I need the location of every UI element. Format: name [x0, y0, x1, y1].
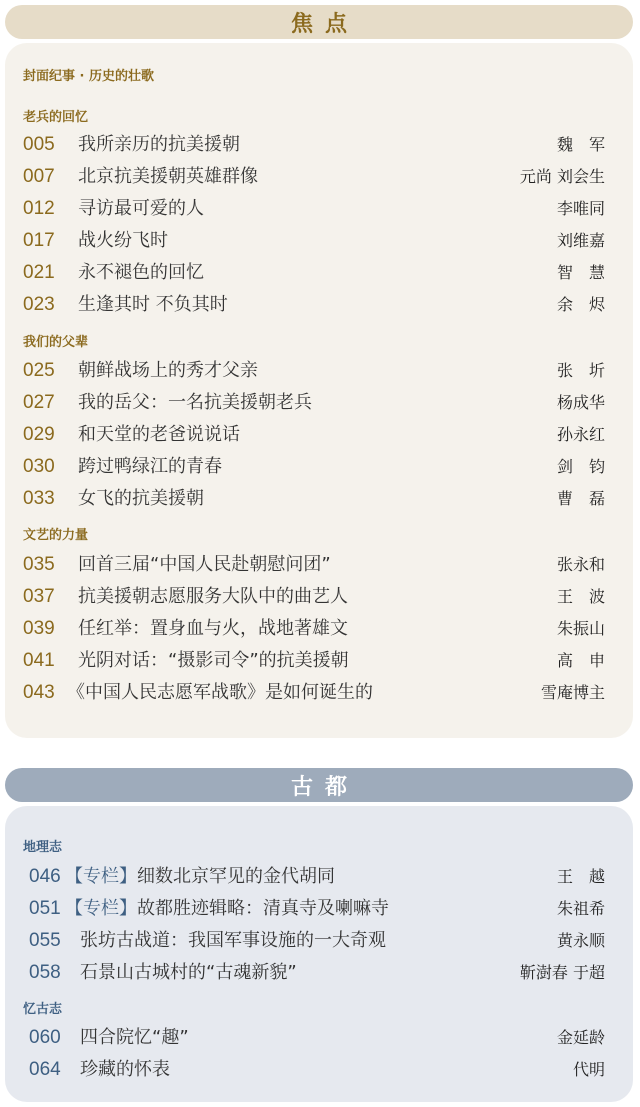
- toc-entry[interactable]: 021 永不褪色的回忆 智 慧: [5, 259, 633, 287]
- article-title: 跨过鸭绿江的青春: [78, 453, 222, 481]
- article-title: 我所亲历的抗美援朝: [78, 131, 240, 159]
- article-title: 光阴对话：“摄影司令”的抗美援朝: [78, 647, 349, 675]
- toc-entry[interactable]: 055 张坊古战道：我国军事设施的一大奇观 黄永顺: [5, 927, 633, 955]
- article-author: 靳澍春 于超: [520, 959, 605, 987]
- page-number: 023: [23, 291, 55, 319]
- page-number: 051: [29, 895, 61, 923]
- toc-entry[interactable]: 027 我的岳父：一名抗美援朝老兵 杨成华: [5, 389, 633, 417]
- article-title: 《中国人民志愿军战歌》是如何诞生的: [67, 679, 373, 707]
- article-author: 高 申: [557, 647, 605, 675]
- page-number: 033: [23, 485, 55, 513]
- article-author: 杨成华: [557, 389, 605, 417]
- page-number: 017: [23, 227, 55, 255]
- page-number: 027: [23, 389, 55, 417]
- article-author: 张永和: [557, 551, 605, 579]
- article-author: 余 烬: [557, 291, 605, 319]
- article-title: 细数北京罕见的金代胡同: [137, 866, 335, 887]
- column-tag: 【专栏】: [65, 898, 137, 919]
- toc-entry[interactable]: 035 回首三届“中国人民赴朝慰问团” 张永和: [5, 551, 633, 579]
- toc-entry[interactable]: 012 寻访最可爱的人 李唯同: [5, 195, 633, 223]
- toc-entry[interactable]: 039 任红举：置身血与火，战地著雄文 朱振山: [5, 615, 633, 643]
- cover-story-label: 封面纪事 · 历史的壮歌: [23, 65, 154, 84]
- article-title: 永不褪色的回忆: [78, 259, 204, 287]
- article-author: 孙永红: [557, 421, 605, 449]
- page-number: 012: [23, 195, 55, 223]
- article-author: 金延龄: [557, 1024, 605, 1052]
- article-title: 四合院忆“趣”: [80, 1024, 189, 1052]
- article-author: 张 圻: [557, 357, 605, 385]
- section-header-gudu: 古都: [5, 768, 633, 802]
- article-title: 北京抗美援朝英雄群像: [78, 163, 258, 191]
- toc-entry[interactable]: 046 【专栏】细数北京罕见的金代胡同 王 越: [5, 863, 633, 891]
- page-number: 060: [29, 1024, 61, 1052]
- article-title: 珍藏的怀表: [80, 1056, 170, 1084]
- page-number: 025: [23, 357, 55, 385]
- focus-panel: 封面纪事 · 历史的壮歌 老兵的回忆 005 我所亲历的抗美援朝 魏 军 007…: [5, 43, 633, 738]
- column-tag: 【专栏】: [65, 866, 137, 887]
- article-author: 朱祖希: [557, 895, 605, 923]
- article-author: 李唯同: [557, 195, 605, 223]
- toc-entry[interactable]: 030 跨过鸭绿江的青春 剑 钧: [5, 453, 633, 481]
- page-number: 030: [23, 453, 55, 481]
- toc-entry[interactable]: 029 和天堂的老爸说说话 孙永红: [5, 421, 633, 449]
- category-label: 我们的父辈: [23, 331, 88, 350]
- toc-entry[interactable]: 025 朝鲜战场上的秀才父亲 张 圻: [5, 357, 633, 385]
- page-number: 055: [29, 927, 61, 955]
- page-number: 007: [23, 163, 55, 191]
- toc-entry[interactable]: 023 生逢其时 不负其时 余 烬: [5, 291, 633, 319]
- toc-entry[interactable]: 005 我所亲历的抗美援朝 魏 军: [5, 131, 633, 159]
- article-title: 我的岳父：一名抗美援朝老兵: [78, 389, 312, 417]
- toc-entry[interactable]: 051 【专栏】故都胜迹辑略：清真寺及喇嘛寺 朱祖希: [5, 895, 633, 923]
- page-number: 037: [23, 583, 55, 611]
- toc-entry[interactable]: 064 珍藏的怀表 代明: [5, 1056, 633, 1084]
- page-number: 035: [23, 551, 55, 579]
- article-author: 元尚 刘会生: [520, 163, 605, 191]
- toc-entry[interactable]: 007 北京抗美援朝英雄群像 元尚 刘会生: [5, 163, 633, 191]
- article-title: 故都胜迹辑略：清真寺及喇嘛寺: [137, 898, 389, 919]
- category-label: 文艺的力量: [23, 524, 88, 543]
- article-author: 朱振山: [557, 615, 605, 643]
- article-author: 曹 磊: [557, 485, 605, 513]
- section-header-focus: 焦点: [5, 5, 633, 39]
- article-author: 刘维嘉: [557, 227, 605, 255]
- toc-entry[interactable]: 033 女飞的抗美援朝 曹 磊: [5, 485, 633, 513]
- page-number: 064: [29, 1056, 61, 1084]
- gudu-panel: 地理志 046 【专栏】细数北京罕见的金代胡同 王 越 051 【专栏】故都胜迹…: [5, 806, 633, 1102]
- article-author: 智 慧: [557, 259, 605, 287]
- article-title: 抗美援朝志愿服务大队中的曲艺人: [78, 583, 348, 611]
- article-title: 女飞的抗美援朝: [78, 485, 204, 513]
- article-author: 王 越: [557, 863, 605, 891]
- page-number: 005: [23, 131, 55, 159]
- page-number: 039: [23, 615, 55, 643]
- toc-entry[interactable]: 037 抗美援朝志愿服务大队中的曲艺人 王 波: [5, 583, 633, 611]
- toc-entry[interactable]: 058 石景山古城村的“古魂新貌” 靳澍春 于超: [5, 959, 633, 987]
- page-number: 041: [23, 647, 55, 675]
- article-author: 魏 军: [557, 131, 605, 159]
- article-title: 寻访最可爱的人: [78, 195, 204, 223]
- article-title: 张坊古战道：我国军事设施的一大奇观: [80, 927, 386, 955]
- article-title: 回首三届“中国人民赴朝慰问团”: [78, 551, 331, 579]
- article-title: 生逢其时 不负其时: [78, 291, 228, 319]
- page-number: 046: [29, 863, 61, 891]
- article-title: 朝鲜战场上的秀才父亲: [78, 357, 258, 385]
- page-number: 021: [23, 259, 55, 287]
- page-number: 029: [23, 421, 55, 449]
- article-title: 和天堂的老爸说说话: [78, 421, 240, 449]
- article-author: 王 波: [557, 583, 605, 611]
- toc-entry[interactable]: 041 光阴对话：“摄影司令”的抗美援朝 高 申: [5, 647, 633, 675]
- article-author: 剑 钧: [557, 453, 605, 481]
- category-label: 忆古志: [23, 998, 62, 1017]
- article-title: 战火纷飞时: [78, 227, 168, 255]
- page-number: 058: [29, 959, 61, 987]
- article-title: 任红举：置身血与火，战地著雄文: [78, 615, 348, 643]
- article-author: 黄永顺: [557, 927, 605, 955]
- article-author: 代明: [573, 1056, 605, 1084]
- article-title: 石景山古城村的“古魂新貌”: [80, 959, 297, 987]
- category-label: 老兵的回忆: [23, 106, 88, 125]
- toc-entry[interactable]: 043 《中国人民志愿军战歌》是如何诞生的 雪庵博主: [5, 679, 633, 707]
- toc-entry[interactable]: 060 四合院忆“趣” 金延龄: [5, 1024, 633, 1052]
- toc-entry[interactable]: 017 战火纷飞时 刘维嘉: [5, 227, 633, 255]
- category-label: 地理志: [23, 836, 62, 855]
- page-number: 043: [23, 679, 55, 707]
- article-author: 雪庵博主: [541, 679, 605, 707]
